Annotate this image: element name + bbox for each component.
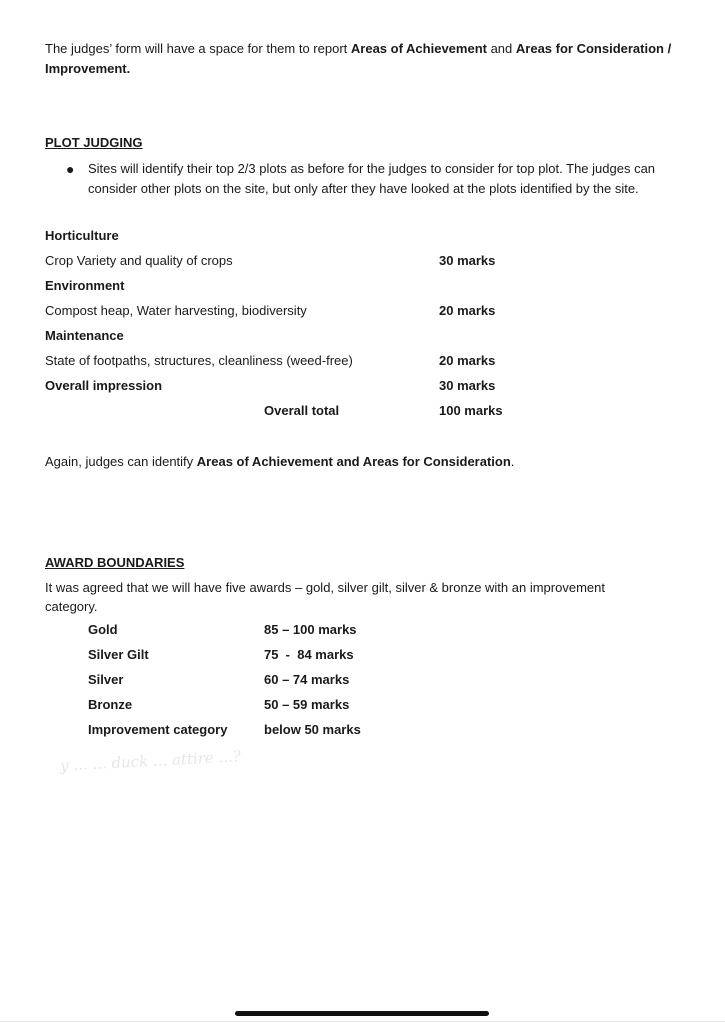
again-end: .	[511, 454, 515, 469]
criteria-marks: 30 marks	[439, 376, 495, 396]
award-boundaries-intro: It was agreed that we will have five awa…	[45, 578, 645, 616]
criteria-marks: 30 marks	[439, 251, 495, 271]
award-name: Gold	[88, 620, 118, 640]
criteria-label: Maintenance	[45, 326, 124, 346]
overall-total-marks: 100 marks	[439, 401, 503, 421]
award-name: Improvement category	[88, 720, 227, 740]
award-range: 85 – 100 marks	[264, 620, 357, 640]
award-name: Bronze	[88, 695, 132, 715]
intro-bold-achievement: Areas of Achievement	[351, 41, 487, 56]
criteria-label: Environment	[45, 276, 124, 296]
intro-text-and: and	[487, 41, 516, 56]
award-range: 50 – 59 marks	[264, 695, 349, 715]
criteria-marks: 20 marks	[439, 351, 495, 371]
plot-judging-bullet: Sites will identify their top 2/3 plots …	[88, 159, 698, 199]
award-boundaries-heading: AWARD BOUNDARIES	[45, 553, 184, 573]
home-indicator[interactable]	[235, 1011, 489, 1016]
again-bold: Areas of Achievement and Areas for Consi…	[197, 454, 511, 469]
criteria-label: Horticulture	[45, 226, 119, 246]
award-name: Silver Gilt	[88, 645, 149, 665]
award-range: 60 – 74 marks	[264, 670, 349, 690]
award-name: Silver	[88, 670, 123, 690]
plot-judging-heading: PLOT JUDGING	[45, 133, 143, 153]
criteria-label: Crop Variety and quality of crops	[45, 251, 233, 271]
intro-text: The judges’ form will have a space for t…	[45, 41, 351, 56]
again-paragraph: Again, judges can identify Areas of Achi…	[45, 452, 514, 472]
intro-paragraph: The judges’ form will have a space for t…	[45, 39, 695, 79]
criteria-marks: 20 marks	[439, 301, 495, 321]
bottom-divider	[0, 1021, 725, 1022]
criteria-label: Compost heap, Water harvesting, biodiver…	[45, 301, 307, 321]
bullet-icon: ●	[66, 161, 74, 177]
again-text: Again, judges can identify	[45, 454, 197, 469]
overall-total-label: Overall total	[264, 401, 339, 421]
criteria-label: Overall impression	[45, 376, 162, 396]
award-range: 75 - 84 marks	[264, 645, 354, 665]
criteria-label: State of footpaths, structures, cleanlin…	[45, 351, 353, 371]
faint-handwriting: y ... ... duck ... attire ...?	[60, 747, 242, 774]
award-range: below 50 marks	[264, 720, 361, 740]
